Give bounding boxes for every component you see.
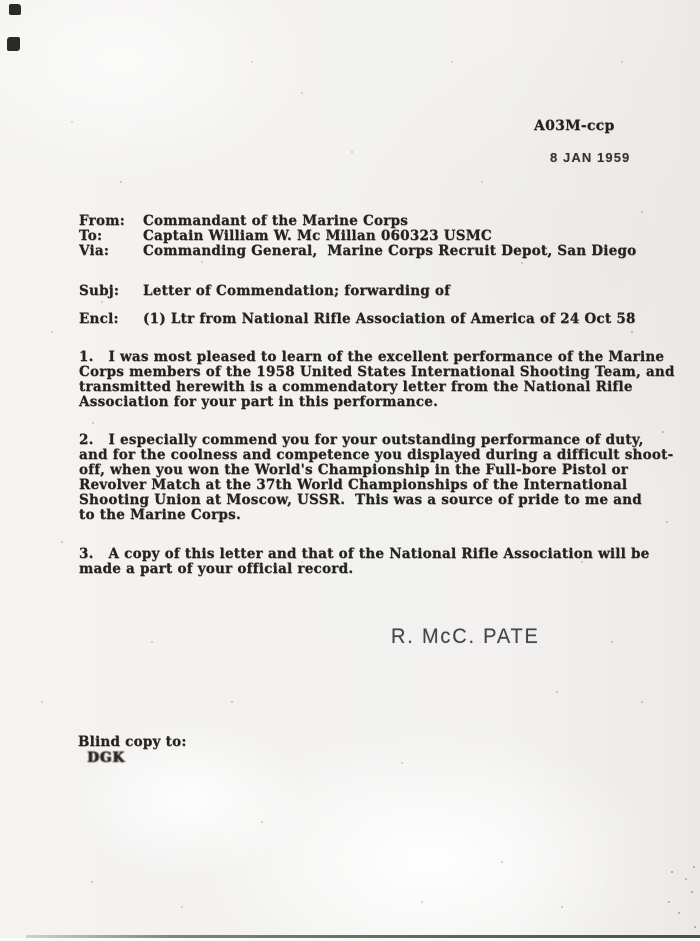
from-row: From: Commandant of the Marine Corps xyxy=(79,214,654,229)
blind-copy-label: Blind copy to: xyxy=(78,735,187,751)
via-label: Via: xyxy=(79,244,143,259)
paragraph-1: 1. I was most pleased to learn of the ex… xyxy=(79,350,654,410)
via-row: Via: Commanding General, Marine Corps Re… xyxy=(79,244,654,259)
scan-artifact-mark xyxy=(9,4,21,15)
scan-noise xyxy=(0,0,2,2)
address-block: From: Commandant of the Marine Corps To:… xyxy=(79,214,654,259)
blind-copy-block: Blind copy to: DGK xyxy=(78,735,187,766)
scanned-letter-page: A03M-ccp 8 JAN 1959 From: Commandant of … xyxy=(0,0,700,941)
to-label: To: xyxy=(79,229,143,244)
subject-label: Subj: xyxy=(79,284,143,299)
from-label: From: xyxy=(79,214,143,229)
subject-value: Letter of Commendation; forwarding of xyxy=(143,284,450,299)
to-row: To: Captain William W. Mc Millan 060323 … xyxy=(79,229,654,244)
scan-artifact-mark xyxy=(7,37,20,51)
blind-copy-value: DGK xyxy=(78,751,187,767)
subject-row: Subj: Letter of Commendation; forwarding… xyxy=(79,284,654,299)
via-value: Commanding General, Marine Corps Recruit… xyxy=(143,244,636,259)
enclosure-value: (1) Ltr from National Rifle Association … xyxy=(143,312,636,327)
from-value: Commandant of the Marine Corps xyxy=(143,214,408,229)
letter-body: From: Commandant of the Marine Corps To:… xyxy=(79,214,654,577)
enclosure-row: Encl: (1) Ltr from National Rifle Associ… xyxy=(79,312,654,327)
date-stamp: 8 JAN 1959 xyxy=(550,150,630,165)
enclosure-label: Encl: xyxy=(79,312,143,327)
paragraph-3: 3. A copy of this letter and that of the… xyxy=(79,547,654,577)
paragraph-2: 2. I especially commend you for your out… xyxy=(79,433,654,523)
signature-stamp: R. McC. PATE xyxy=(391,626,540,650)
reference-code: A03M-ccp xyxy=(534,118,615,134)
to-value: Captain William W. Mc Millan 060323 USMC xyxy=(143,229,492,244)
